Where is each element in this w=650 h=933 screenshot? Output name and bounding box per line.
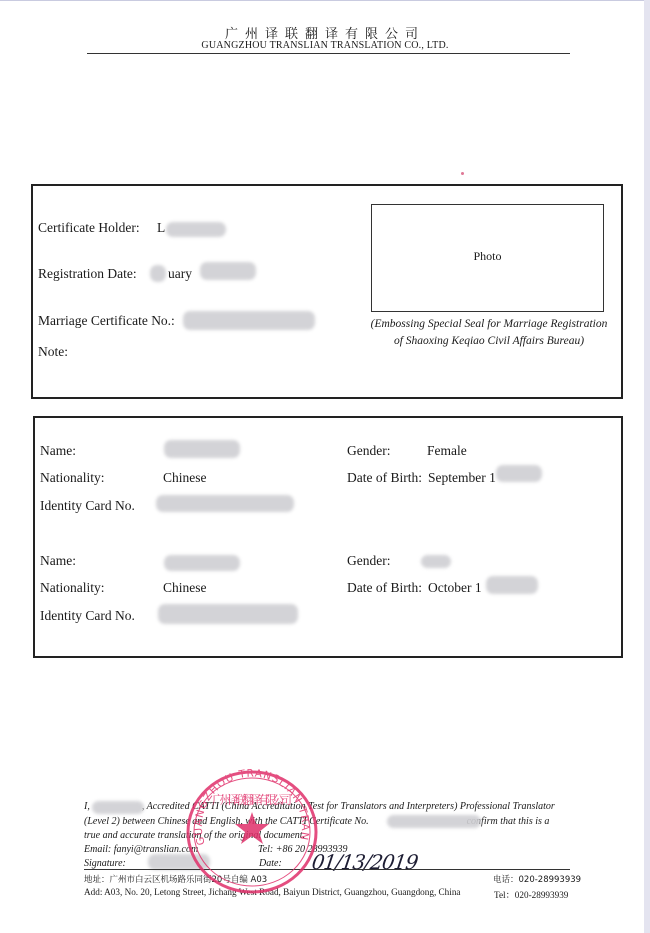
person1-name-label: Name: (40, 443, 76, 459)
viewer-right-edge (644, 0, 650, 933)
person1-gender-value: Female (427, 443, 467, 459)
footer-phone-chinese: 电话：020-28993939 (493, 873, 581, 885)
person2-gender-label: Gender: (347, 553, 390, 569)
registration-date-value: uary (168, 266, 192, 282)
person2-dob-value: October 1 (428, 580, 482, 596)
seal-caption: (Embossing Special Seal for Marriage Reg… (356, 316, 622, 350)
redacted-translator-name (92, 801, 144, 814)
redacted-person2-name (164, 555, 240, 571)
redacted-certificate-no (183, 311, 315, 330)
document-page: 广州译联翻译有限公司 GUANGZHOU TRANSLIAN TRANSLATI… (0, 0, 644, 933)
date-label: Date: (259, 858, 282, 869)
person1-nationality-value: Chinese (163, 470, 207, 486)
footer-address-english: Add: A03, No. 20, Letong Street, Jichang… (84, 887, 461, 897)
certificate-holder-value: L (157, 220, 165, 236)
redacted-person2-gender (421, 555, 451, 568)
photo-label: Photo (372, 249, 603, 264)
statement-certificate-text: (Level 2) between Chinese and English, w… (84, 816, 369, 827)
statement-line3: true and accurate translation of the ori… (84, 830, 305, 841)
seal-caption-line2: of Shaoxing Keqiao Civil Affairs Bureau) (356, 333, 622, 350)
certificate-holder-label: Certificate Holder: (38, 220, 140, 236)
redacted-catti-number (387, 815, 481, 828)
person2-nationality-label: Nationality: (40, 580, 105, 596)
statement-line1: I,, Accredited CATTI (China Accreditatio… (84, 801, 555, 812)
person1-dob-value: September 1 (428, 470, 496, 486)
signature-label: Signature: (84, 858, 126, 869)
statement-pronoun: I, (84, 801, 90, 812)
redacted-date-suffix (200, 262, 256, 280)
header-divider (87, 53, 570, 54)
note-label: Note: (38, 344, 68, 360)
registration-date-label: Registration Date: (38, 266, 137, 282)
person1-nationality-label: Nationality: (40, 470, 105, 486)
seal-caption-line1: (Embossing Special Seal for Marriage Reg… (356, 316, 622, 333)
stray-mark (461, 172, 464, 175)
person1-dob-label: Date of Birth: (347, 470, 422, 486)
redacted-person2-dob (486, 576, 538, 594)
person2-id-label: Identity Card No. (40, 608, 135, 624)
redacted-date-prefix (150, 265, 166, 282)
company-name-english: GUANGZHOU TRANSLIAN TRANSLATION CO., LTD… (0, 40, 650, 51)
footer-phone-english: Tel：020-28993939 (494, 887, 568, 901)
person1-gender-label: Gender: (347, 443, 390, 459)
footer-address-chinese: 地址：广州市白云区机场路乐同街20号自编 A03 (84, 873, 267, 885)
redacted-holder-name (166, 222, 226, 237)
handwritten-date: 01/13/2019 (310, 850, 419, 874)
redacted-person1-dob (496, 465, 542, 482)
redacted-person1-id (156, 495, 294, 512)
person1-id-label: Identity Card No. (40, 498, 135, 514)
statement-accreditation: , Accredited CATTI (China Accreditation … (142, 801, 555, 812)
redacted-person1-name (164, 440, 240, 458)
person2-name-label: Name: (40, 553, 76, 569)
redacted-signature (148, 854, 210, 870)
redacted-person2-id (158, 604, 298, 624)
person2-dob-label: Date of Birth: (347, 580, 422, 596)
footer-divider (84, 869, 570, 870)
photo-placeholder: Photo (371, 204, 604, 312)
person2-nationality-value: Chinese (163, 580, 207, 596)
marriage-certificate-no-label: Marriage Certificate No.: (38, 313, 175, 329)
